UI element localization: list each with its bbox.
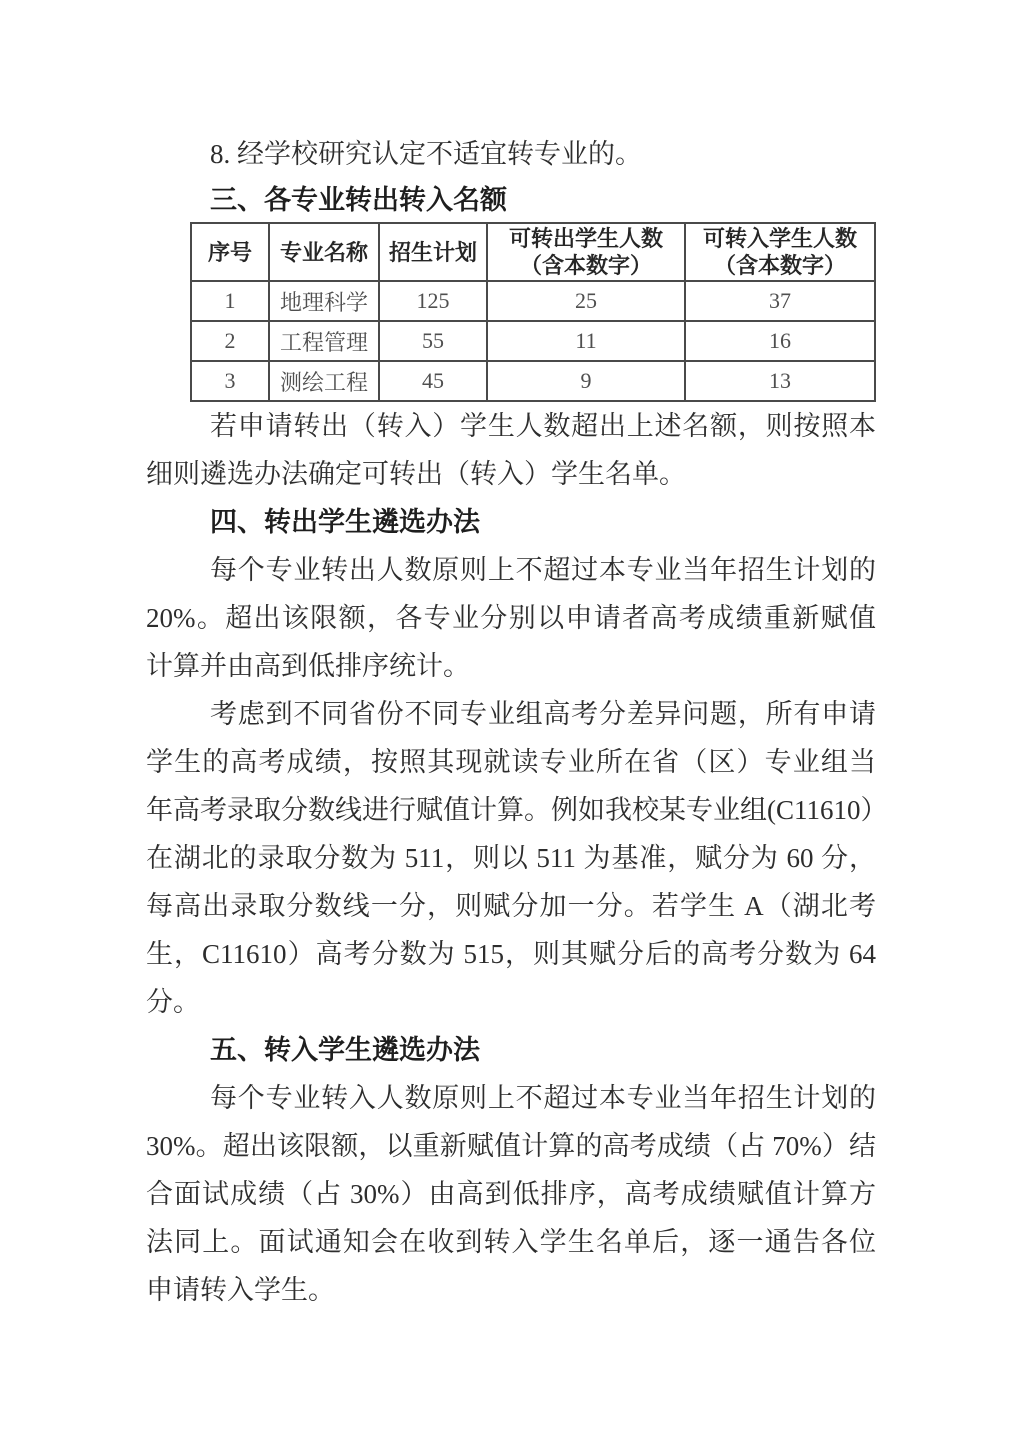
table-row: 2 工程管理 55 11 16	[191, 321, 875, 361]
list-item-8: 8. 经学校研究认定不适宜转专业的。	[146, 130, 876, 178]
paragraph-line: 在湖北的录取分数为 511，则以 511 为基准，赋分为 60 分，	[146, 834, 876, 882]
table-cell: 2	[191, 321, 269, 361]
table-header-cell-index: 序号	[191, 223, 269, 281]
paragraph-line: 法同上。面试通知会在收到转入学生名单后，逐一通告各位	[146, 1218, 876, 1266]
table-cell: 125	[379, 281, 487, 321]
paragraph-line: 每个专业转入人数原则上不超过本专业当年招生计划的	[146, 1074, 876, 1122]
table-cell: 55	[379, 321, 487, 361]
paragraph-line: 20%。超出该限额，各专业分别以申请者高考成绩重新赋值	[146, 594, 876, 642]
paragraph-line: 计算并由高到低排序统计。	[146, 642, 876, 690]
paragraph-line: 每个专业转出人数原则上不超过本专业当年招生计划的	[146, 546, 876, 594]
table-cell: 9	[487, 361, 685, 401]
table-header-cell-transfer-in: 可转入学生人数 （含本数字）	[685, 223, 875, 281]
table-cell: 地理科学	[269, 281, 379, 321]
paragraph-line: 年高考录取分数线进行赋值计算。例如我校某专业组(C11610）	[146, 786, 876, 834]
paragraph-line: 申请转入学生。	[146, 1266, 876, 1314]
document-page: 8. 经学校研究认定不适宜转专业的。 三、各专业转出转入名额 序号 专业名称 招…	[0, 0, 1024, 1448]
paragraph-line: 分。	[146, 978, 876, 1026]
paragraph-line: 学生的高考成绩，按照其现就读专业所在省（区）专业组当	[146, 738, 876, 786]
table-header-cell-major: 专业名称	[269, 223, 379, 281]
paragraph-line: 考虑到不同省份不同专业组高考分差异问题，所有申请	[146, 690, 876, 738]
table-row: 3 测绘工程 45 9 13	[191, 361, 875, 401]
section-heading-5: 五、转入学生遴选办法	[146, 1026, 876, 1074]
paragraph-line: 生，C11610）高考分数为 515，则其赋分后的高考分数为 64	[146, 930, 876, 978]
paragraph-line: 每高出录取分数线一分，则赋分加一分。若学生 A（湖北考	[146, 882, 876, 930]
paragraph-line: 合面试成绩（占 30%）由高到低排序，高考成绩赋值计算方	[146, 1170, 876, 1218]
table-cell: 11	[487, 321, 685, 361]
quota-table: 序号 专业名称 招生计划 可转出学生人数 （含本数字） 可转入学生人数 （含本数…	[190, 222, 876, 402]
table-cell: 1	[191, 281, 269, 321]
table-cell: 测绘工程	[269, 361, 379, 401]
table-header-cell-enrollment-plan: 招生计划	[379, 223, 487, 281]
table-cell: 37	[685, 281, 875, 321]
table-header-cell-transfer-out: 可转出学生人数 （含本数字）	[487, 223, 685, 281]
table-row: 1 地理科学 125 25 37	[191, 281, 875, 321]
document-content: 8. 经学校研究认定不适宜转专业的。 三、各专业转出转入名额 序号 专业名称 招…	[146, 0, 876, 1314]
paragraph-line: 细则遴选办法确定可转出（转入）学生名单。	[146, 450, 876, 498]
table-cell: 16	[685, 321, 875, 361]
table-cell: 3	[191, 361, 269, 401]
section-heading-4: 四、转出学生遴选办法	[146, 498, 876, 546]
section-heading-3: 三、各专业转出转入名额	[146, 178, 876, 222]
paragraph-line: 若申请转出（转入）学生人数超出上述名额，则按照本	[146, 402, 876, 450]
table-cell: 13	[685, 361, 875, 401]
table-cell: 25	[487, 281, 685, 321]
table-cell: 45	[379, 361, 487, 401]
quota-table-header-row: 序号 专业名称 招生计划 可转出学生人数 （含本数字） 可转入学生人数 （含本数…	[191, 223, 875, 281]
table-cell: 工程管理	[269, 321, 379, 361]
paragraph-line: 30%。超出该限额，以重新赋值计算的高考成绩（占 70%）结	[146, 1122, 876, 1170]
